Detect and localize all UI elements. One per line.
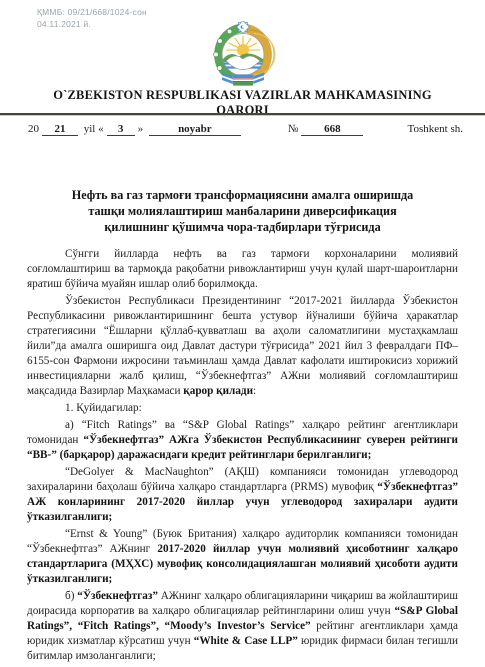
text-run: 1. Қуйидагилар: xyxy=(65,402,142,414)
number-value: 668 xyxy=(301,123,363,136)
text-run: : xyxy=(253,385,256,397)
date-number-line: 2021 yil «3» noyabr №668 Toshkent sh. xyxy=(28,123,463,136)
authority-line-2: QARORI xyxy=(0,103,485,118)
authority-line-1: O`ZBEKISTON RESPUBLIKASI VAZIRLAR MAHKAM… xyxy=(0,88,485,103)
day-field: 3 xyxy=(107,123,135,136)
decree-title-line-1: Нефть ва газ тармоғи трансформациясини а… xyxy=(42,187,443,203)
decree-title-line-2: ташқи молиялаштириш манбаларини диверсиф… xyxy=(42,203,443,219)
quote-close: » xyxy=(138,123,144,135)
state-emblem xyxy=(0,21,485,87)
text-run: б) xyxy=(65,590,77,602)
paragraph-preamble: Ўзбекистон Республикаси Президентининг “… xyxy=(27,294,458,399)
city-label: Toshkent sh. xyxy=(408,123,463,135)
paragraph-ernst-young: “Ernst & Young” (Буюк Британия) халқаро … xyxy=(27,527,458,587)
uzbekistan-coat-of-arms-icon xyxy=(195,21,291,87)
decree-title: Нефть ва газ тармоғи трансформациясини а… xyxy=(42,187,443,235)
year-field: 21 xyxy=(42,123,78,136)
text-run: Ўзбекистон Республикаси Президентининг “… xyxy=(27,295,458,397)
number-sign: № xyxy=(288,123,299,135)
text-run: Сўнгги йилларда нефть ва газ тармоғи кор… xyxy=(27,248,458,290)
month-field: noyabr xyxy=(149,123,241,136)
decree-document-page: ҚММБ: 09/21/668/1024-сон 04.11.2021 й. xyxy=(0,0,485,667)
year-word: yil xyxy=(84,123,96,135)
text-run-bold: “Ўзбекнефтгаз” xyxy=(77,590,158,602)
registration-number: ҚММБ: 09/21/668/1024-сон xyxy=(37,6,147,18)
decree-title-line-3: қилишнинг қўшимча чора-тадбирлари тўғрис… xyxy=(42,219,443,235)
paragraph-item-1a: а) “Fitch Ratings” ва “S&P Global Rating… xyxy=(27,418,458,463)
document-number-field: №668 xyxy=(288,123,367,136)
paragraph-degolyer: “DeGolyer & MacNaughton” (АҚШ) компанияс… xyxy=(27,465,458,525)
quote-open: « xyxy=(98,123,104,135)
text-run-bold: “White & Case LLP” xyxy=(194,635,298,647)
text-run-bold: қарор қилади xyxy=(183,385,253,397)
text-run-bold: “Ўзбекнефтгаз” АЖга Ўзбекистон Республик… xyxy=(27,434,458,461)
date-field: 2021 yil «3» noyabr xyxy=(28,123,244,136)
paragraph-item-1b: б) “Ўзбекнефтгаз” АЖнинг халқаро облигац… xyxy=(27,589,458,664)
paragraph-intro: Сўнгги йилларда нефть ва газ тармоғи кор… xyxy=(27,247,458,292)
header-divider xyxy=(0,113,485,116)
decree-body: Сўнгги йилларда нефть ва газ тармоғи кор… xyxy=(27,247,458,666)
paragraph-item-1: 1. Қуйидагилар: xyxy=(27,401,458,416)
year-prefix: 20 xyxy=(28,123,39,135)
